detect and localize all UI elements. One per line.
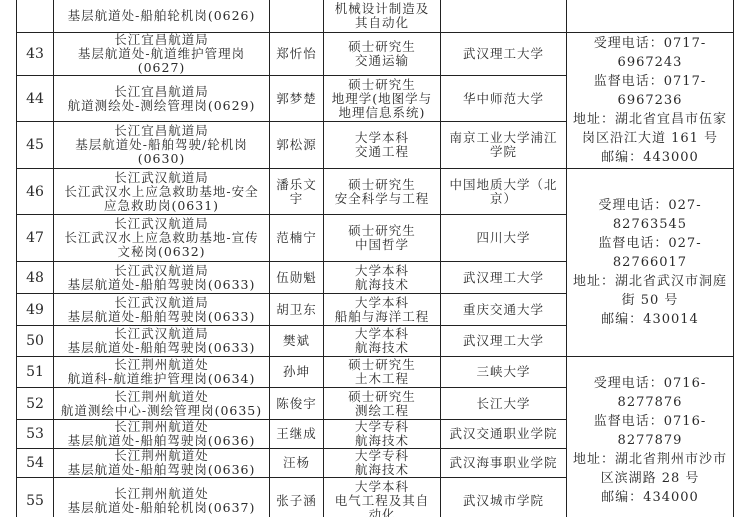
table-row: 基层航道处-船舶轮机岗(0626) 机械设计制造及 其自动化 bbox=[17, 0, 734, 33]
post-cell: 长江宜昌航道局 航道测绘处-测绘管理岗(0629) bbox=[54, 76, 270, 122]
contact-cell-jingzhou: 受理电话：0716-8277876 监督电话：0716-8277879 地址：湖… bbox=[567, 357, 734, 517]
post-cell: 长江武汉航道局 基层航道处-船舶驾驶岗(0633) bbox=[54, 294, 270, 326]
post-cell: 长江荆州航道处 基层航道处-船舶驾驶岗(0636) bbox=[54, 449, 270, 478]
education-cell: 大学本科 交通工程 bbox=[324, 122, 441, 169]
education-cell: 硕士研究生 土木工程 bbox=[324, 357, 441, 388]
row-number: 43 bbox=[17, 33, 54, 76]
education-cell: 硕士研究生 交通运输 bbox=[324, 33, 441, 76]
school-cell: 重庆交通大学 bbox=[441, 294, 567, 326]
row-number: 52 bbox=[17, 388, 54, 420]
name-cell bbox=[270, 0, 324, 33]
post-cell: 长江荆州航道处 航道科-航道维护管理岗(0634) bbox=[54, 357, 270, 388]
post-cell: 长江武汉航道局 基层航道处-船舶驾驶岗(0633) bbox=[54, 326, 270, 357]
school-cell: 中国地质大学（北 京） bbox=[441, 169, 567, 215]
school-cell: 武汉理工大学 bbox=[441, 33, 567, 76]
post-cell: 长江荆州航道处 基层航道处-船舶驾驶岗(0636) bbox=[54, 420, 270, 449]
education-cell: 硕士研究生 安全科学与工程 bbox=[324, 169, 441, 215]
school-cell bbox=[441, 0, 567, 33]
school-cell: 三峡大学 bbox=[441, 357, 567, 388]
name-cell: 王继成 bbox=[270, 420, 324, 449]
school-cell: 华中师范大学 bbox=[441, 76, 567, 122]
school-cell: 武汉海事职业学院 bbox=[441, 449, 567, 478]
name-cell: 陈俊宇 bbox=[270, 388, 324, 420]
post-cell: 长江武汉航道局 基层航道处-船舶驾驶岗(0633) bbox=[54, 262, 270, 294]
post-cell: 长江宜昌航道局 基层航道处-航道维护管理岗(0627) bbox=[54, 33, 270, 76]
row-number: 49 bbox=[17, 294, 54, 326]
document-page: 基层航道处-船舶轮机岗(0626) 机械设计制造及 其自动化 43 长江宜昌航道… bbox=[16, 0, 734, 517]
table-row: 51 长江荆州航道处 航道科-航道维护管理岗(0634) 孙坤 硕士研究生 土木… bbox=[17, 357, 734, 388]
name-cell: 孙坤 bbox=[270, 357, 324, 388]
school-cell: 南京工业大学浦江 学院 bbox=[441, 122, 567, 169]
row-number: 45 bbox=[17, 122, 54, 169]
table-row: 43 长江宜昌航道局 基层航道处-航道维护管理岗(0627) 郑忻怡 硕士研究生… bbox=[17, 33, 734, 76]
name-cell: 樊斌 bbox=[270, 326, 324, 357]
post-cell: 长江武汉航道局 长江武汉水上应急救助基地-宣传 文秘岗(0632) bbox=[54, 215, 270, 262]
name-cell: 胡卫东 bbox=[270, 294, 324, 326]
education-cell: 硕士研究生 地理学(地图学与 地理信息系统) bbox=[324, 76, 441, 122]
post-cell: 长江荆州航道处 基层航道处-船舶轮机岗(0637) bbox=[54, 478, 270, 517]
post-cell: 长江荆州航道处 航道测绘中心-测绘管理岗(0635) bbox=[54, 388, 270, 420]
education-cell: 大学本科 电气工程及其自 动化 bbox=[324, 478, 441, 517]
name-cell: 郭松源 bbox=[270, 122, 324, 169]
post-cell: 长江宜昌航道局 基层航道处-船舶驾驶/轮机岗 (0630) bbox=[54, 122, 270, 169]
row-number: 55 bbox=[17, 478, 54, 517]
education-cell: 大学专科 航海技术 bbox=[324, 420, 441, 449]
table-row: 46 长江武汉航道局 长江武汉水上应急救助基地-安全 应急救助岗(0631) 潘… bbox=[17, 169, 734, 215]
row-number: 47 bbox=[17, 215, 54, 262]
row-number bbox=[17, 0, 54, 33]
education-cell: 机械设计制造及 其自动化 bbox=[324, 0, 441, 33]
name-cell: 郭梦楚 bbox=[270, 76, 324, 122]
school-cell: 四川大学 bbox=[441, 215, 567, 262]
row-number: 54 bbox=[17, 449, 54, 478]
row-number: 48 bbox=[17, 262, 54, 294]
education-cell: 硕士研究生 中国哲学 bbox=[324, 215, 441, 262]
row-number: 50 bbox=[17, 326, 54, 357]
contact-cell-yichang: 受理电话：0717-6967243 监督电话：0717-6967236 地址：湖… bbox=[567, 33, 734, 169]
contact-cell bbox=[567, 0, 734, 33]
school-cell: 武汉城市学院 bbox=[441, 478, 567, 517]
name-cell: 郑忻怡 bbox=[270, 33, 324, 76]
contact-cell-wuhan: 受理电话：027-82763545 监督电话：027-82766017 地址：湖… bbox=[567, 169, 734, 357]
row-number: 53 bbox=[17, 420, 54, 449]
candidate-table: 基层航道处-船舶轮机岗(0626) 机械设计制造及 其自动化 43 长江宜昌航道… bbox=[16, 0, 734, 517]
school-cell: 长江大学 bbox=[441, 388, 567, 420]
education-cell: 大学本科 航海技术 bbox=[324, 326, 441, 357]
post-cell: 长江武汉航道局 长江武汉水上应急救助基地-安全 应急救助岗(0631) bbox=[54, 169, 270, 215]
post-cell: 基层航道处-船舶轮机岗(0626) bbox=[54, 0, 270, 33]
education-cell: 大学本科 船舶与海洋工程 bbox=[324, 294, 441, 326]
row-number: 51 bbox=[17, 357, 54, 388]
name-cell: 伍勋魁 bbox=[270, 262, 324, 294]
education-cell: 大学专科 航海技术 bbox=[324, 449, 441, 478]
school-cell: 武汉理工大学 bbox=[441, 326, 567, 357]
name-cell: 潘乐文 宇 bbox=[270, 169, 324, 215]
row-number: 44 bbox=[17, 76, 54, 122]
row-number: 46 bbox=[17, 169, 54, 215]
education-cell: 硕士研究生 测绘工程 bbox=[324, 388, 441, 420]
school-cell: 武汉交通职业学院 bbox=[441, 420, 567, 449]
education-cell: 大学本科 航海技术 bbox=[324, 262, 441, 294]
name-cell: 张子涵 bbox=[270, 478, 324, 517]
school-cell: 武汉理工大学 bbox=[441, 262, 567, 294]
name-cell: 范楠宁 bbox=[270, 215, 324, 262]
name-cell: 汪杨 bbox=[270, 449, 324, 478]
